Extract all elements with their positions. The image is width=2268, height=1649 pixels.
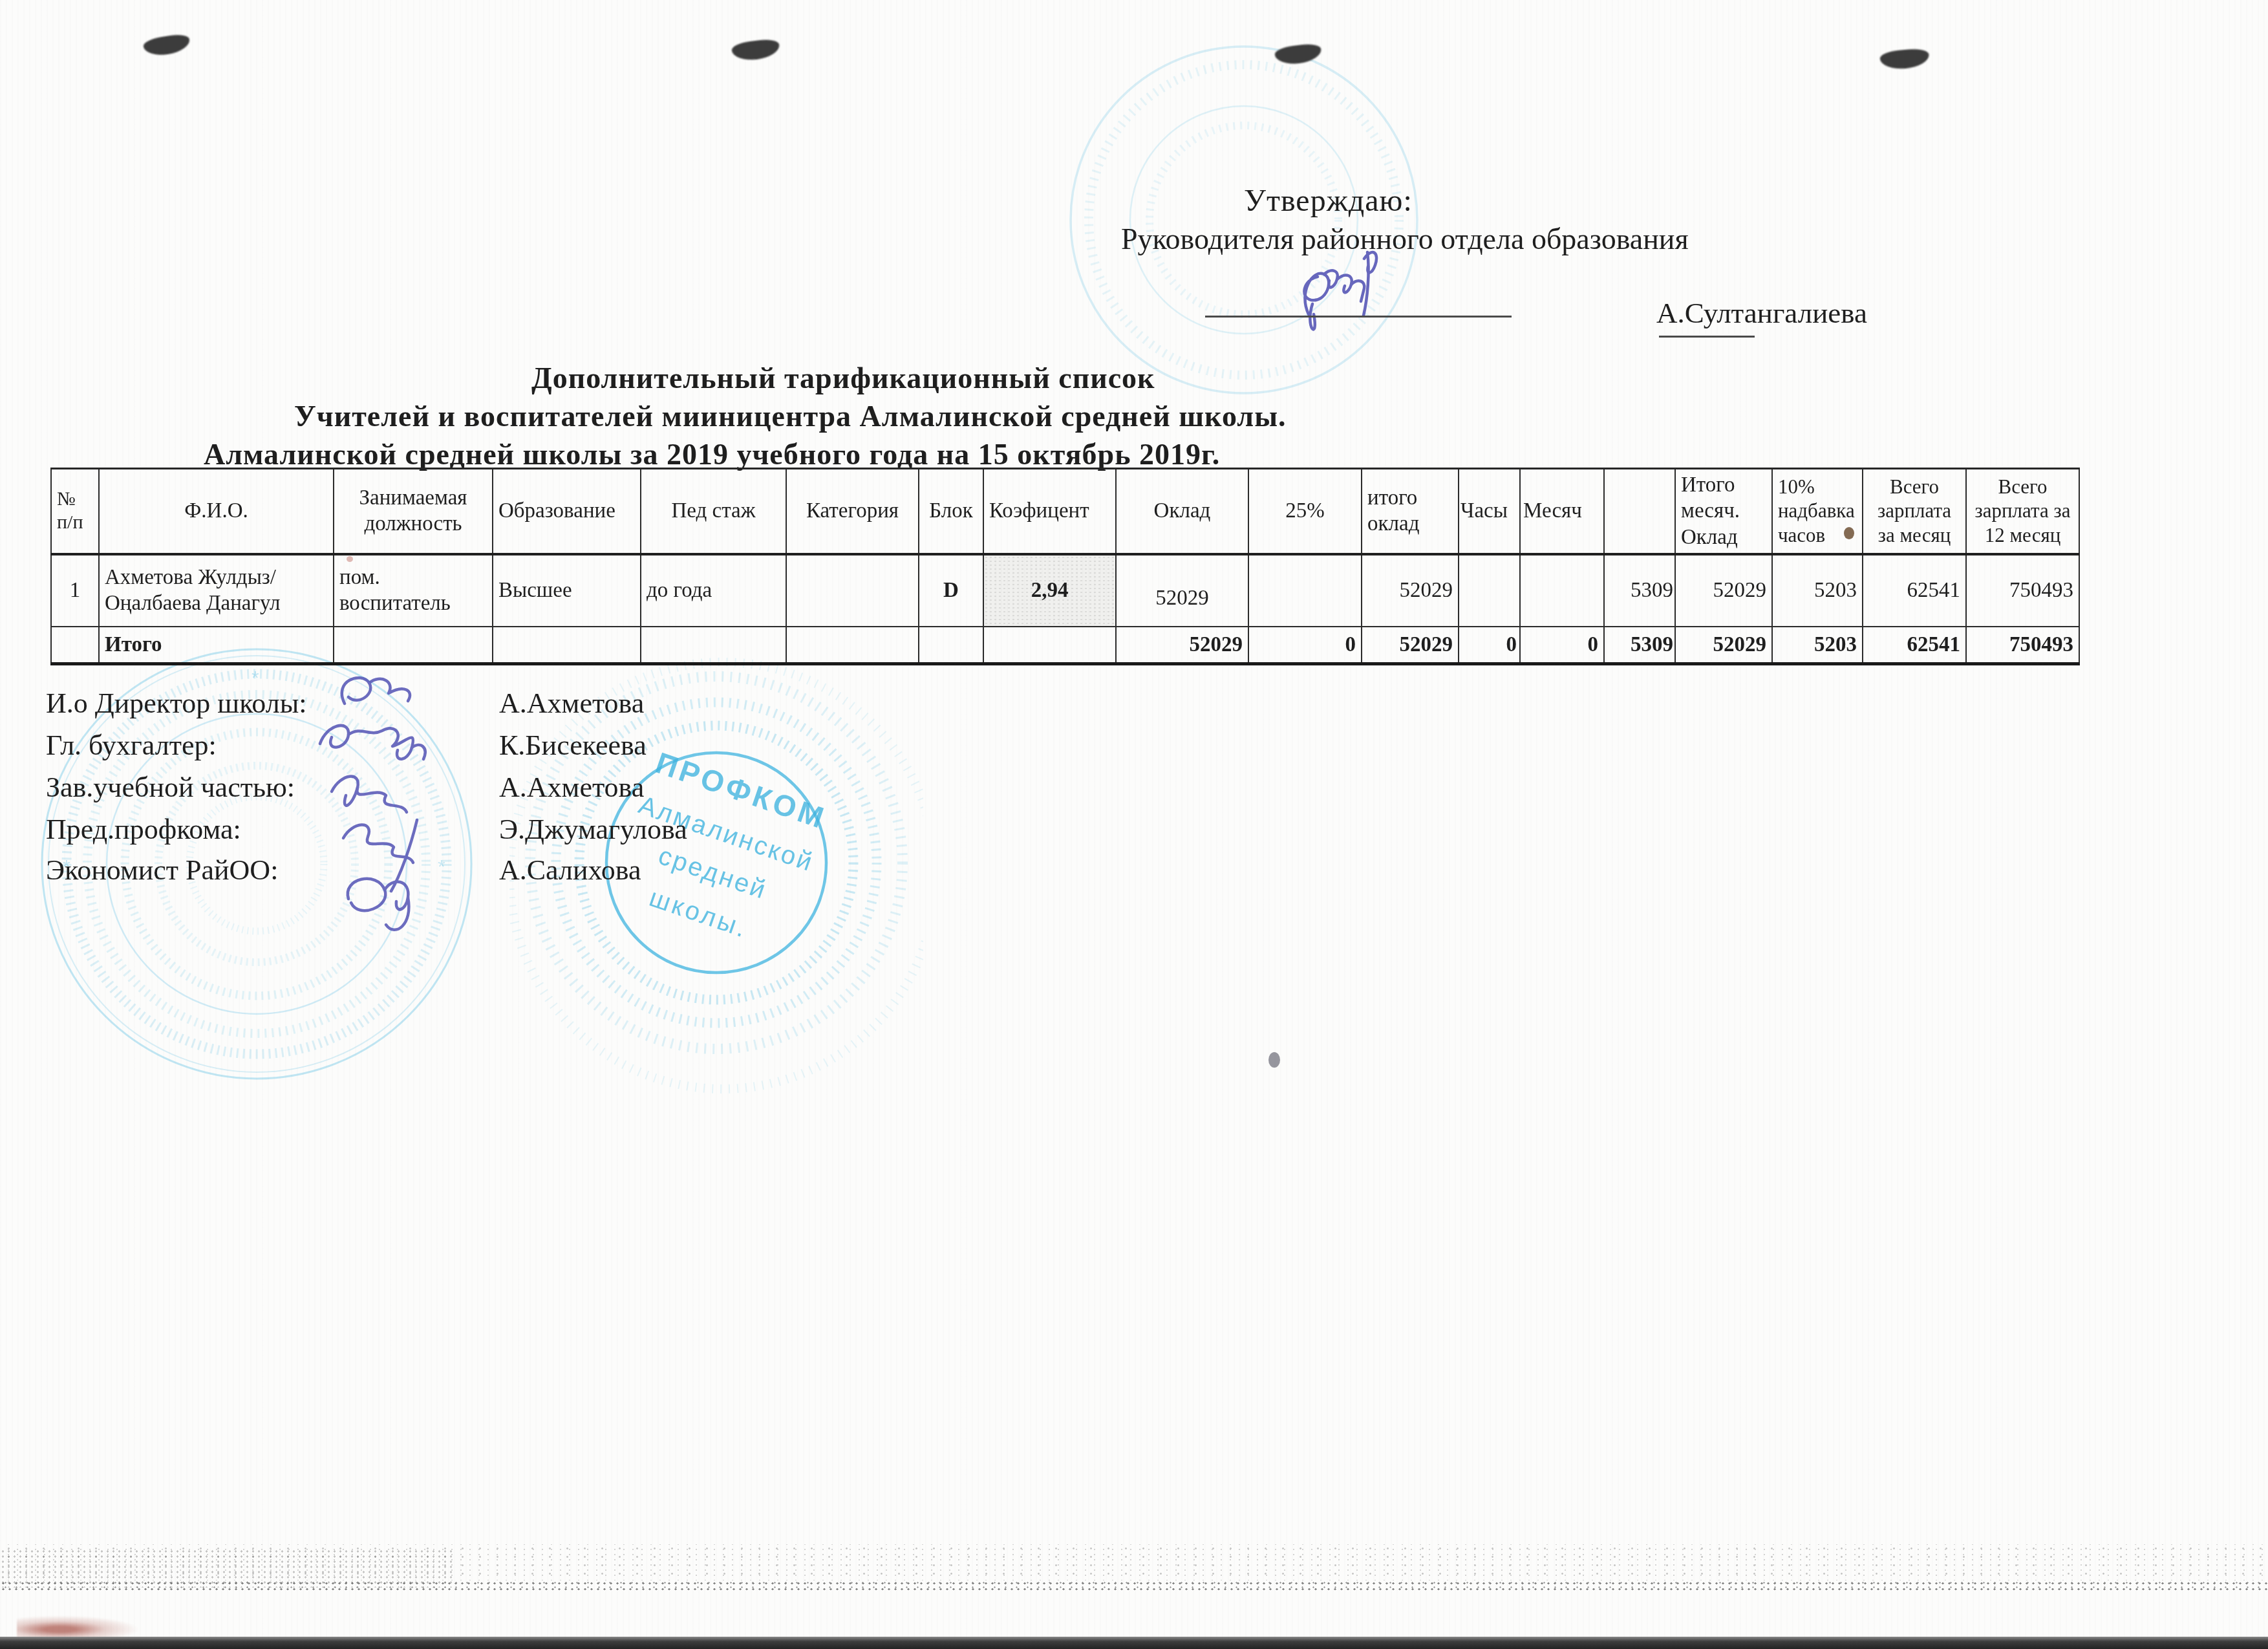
header-num: № п/п (51, 469, 99, 554)
document-title-line2: Учителей и воспитателей мииницентра Алма… (294, 399, 1287, 433)
total-25pct: 0 (1248, 627, 1362, 664)
total-hours: 0 (1459, 627, 1520, 664)
approver-name-underline (1659, 336, 1755, 338)
total-total-salary: 52029 (1362, 627, 1459, 664)
header-fio: Ф.И.О. (99, 469, 334, 554)
cell-coefficient: 2,94 (983, 554, 1116, 627)
header-total-month-salary: Итого месяч. Оклад (1675, 469, 1772, 554)
total-total-month-salary: 52029 (1675, 627, 1772, 664)
scan-noise-line (0, 1580, 2268, 1591)
total-num (51, 627, 99, 664)
cell-category (786, 554, 919, 627)
signature-name: А.Салихова (499, 854, 641, 887)
cell-25pct (1248, 554, 1362, 627)
document-title-line3: Алмалинской средней школы за 2019 учебно… (204, 437, 1220, 471)
header-coefficient: Коэфицент (983, 469, 1116, 554)
header-block: Блок (919, 469, 983, 554)
scan-hole-mark (142, 33, 191, 58)
signature-row: И.о Директор школы: А.Ахметова (46, 687, 951, 723)
cell-salary: 52029 (1116, 554, 1248, 627)
header-total-yearly-pay: Всего зарплата за 12 месяц (1966, 469, 2079, 554)
scan-hole-mark (1879, 48, 1930, 71)
signature-name: А.Ахметова (499, 687, 644, 720)
table-total-row: Итого 52029 0 52029 0 0 5309 52029 5203 … (51, 627, 2079, 664)
cell-total-yearly-pay: 750493 (1966, 554, 2079, 627)
signature-role: И.о Директор школы: (46, 687, 307, 719)
cell-month (1520, 554, 1604, 627)
cell-position: пом. воспитатель (334, 554, 493, 627)
total-category (786, 627, 919, 664)
approver-ink-signature (1279, 239, 1395, 349)
header-position: Занимаемая должность (334, 469, 493, 554)
approver-title: Руководителя районного отдела образовани… (1121, 222, 1689, 256)
header-total-salary: итого оклад (1362, 469, 1459, 554)
cell-total-month-salary: 52029 (1675, 554, 1772, 627)
cell-blank: 5309 (1604, 554, 1675, 627)
total-total-monthly-pay: 62541 (1863, 627, 1966, 664)
cell-10pct-bonus: 5203 (1772, 554, 1863, 627)
approver-name: А.Султангалиева (1656, 296, 1867, 330)
signature-role: Пред.профкома: (46, 814, 241, 845)
stamp-star-icon: * (251, 667, 259, 689)
header-experience: Пед стаж (641, 469, 786, 554)
scanned-tarification-document: * * * ПРОФКОМ Алмалинской средней школы.… (0, 0, 2268, 1649)
signature-name: А.Ахметова (499, 771, 644, 804)
total-blank: 5309 (1604, 627, 1675, 664)
signature-row: Экономист РайОО: А.Салихова (46, 854, 951, 890)
cell-block: D (919, 554, 983, 627)
header-education: Образование (493, 469, 641, 554)
total-education (493, 627, 641, 664)
faint-round-stamp-top-right (1050, 26, 1438, 414)
signature-row: Пред.профкома: Э.Джумагулова (46, 813, 951, 849)
signature-role: Зав.учебной частью: (46, 771, 295, 803)
header-total-monthly-pay: Всего зарплата за месяц (1863, 469, 1966, 554)
header-category: Категория (786, 469, 919, 554)
tariff-table: № п/п Ф.И.О. Занимаемая должность Образо… (50, 468, 2080, 665)
scan-red-smudge (17, 1615, 140, 1639)
cell-hours (1459, 554, 1520, 627)
total-position (334, 627, 493, 664)
total-salary: 52029 (1116, 627, 1248, 664)
table-header-row: № п/п Ф.И.О. Занимаемая должность Образо… (51, 469, 2079, 554)
signature-name: Э.Джумагулова (499, 813, 687, 846)
total-month: 0 (1520, 627, 1604, 664)
cell-total-monthly-pay: 62541 (1863, 554, 1966, 627)
approval-label: Утверждаю: (1244, 183, 1413, 219)
total-total-yearly-pay: 750493 (1966, 627, 2079, 664)
signature-row: Гл. бухгалтер: К.Бисекеева (46, 729, 951, 765)
scan-speck (1268, 1052, 1280, 1068)
officials-ink-signatures (294, 670, 469, 942)
header-salary: Оклад (1116, 469, 1248, 554)
header-hours: Часы (1459, 469, 1520, 554)
header-25pct: 25% (1248, 469, 1362, 554)
cell-num: 1 (51, 554, 99, 627)
header-10pct-bonus: 10% надбавка часов (1772, 469, 1863, 554)
scan-speck (1844, 527, 1854, 539)
signature-role: Экономист РайОО: (46, 854, 278, 886)
total-label: Итого (99, 627, 334, 664)
approval-signature-line (1205, 316, 1512, 318)
scan-speck (347, 556, 353, 562)
total-experience (641, 627, 786, 664)
table-data-row: 1 Ахметова Жулдыз/ Оңалбаева Данагул пом… (51, 554, 2079, 627)
signature-name: К.Бисекеева (499, 729, 647, 762)
signature-row: Зав.учебной частью: А.Ахметова (46, 771, 951, 807)
scan-bottom-edge (0, 1637, 2268, 1649)
scan-hole-mark (731, 38, 781, 63)
cell-education: Высшее (493, 554, 641, 627)
total-10pct-bonus: 5203 (1772, 627, 1863, 664)
header-blank (1604, 469, 1675, 554)
cell-fio: Ахметова Жулдыз/ Оңалбаева Данагул (99, 554, 334, 627)
total-block (919, 627, 983, 664)
cell-total-salary: 52029 (1362, 554, 1459, 627)
signature-role: Гл. бухгалтер: (46, 729, 217, 761)
cell-experience: до года (641, 554, 786, 627)
header-month: Месяч (1520, 469, 1604, 554)
document-title-line1: Дополнительный тарификационный список (531, 361, 1155, 395)
total-coefficient (983, 627, 1116, 664)
